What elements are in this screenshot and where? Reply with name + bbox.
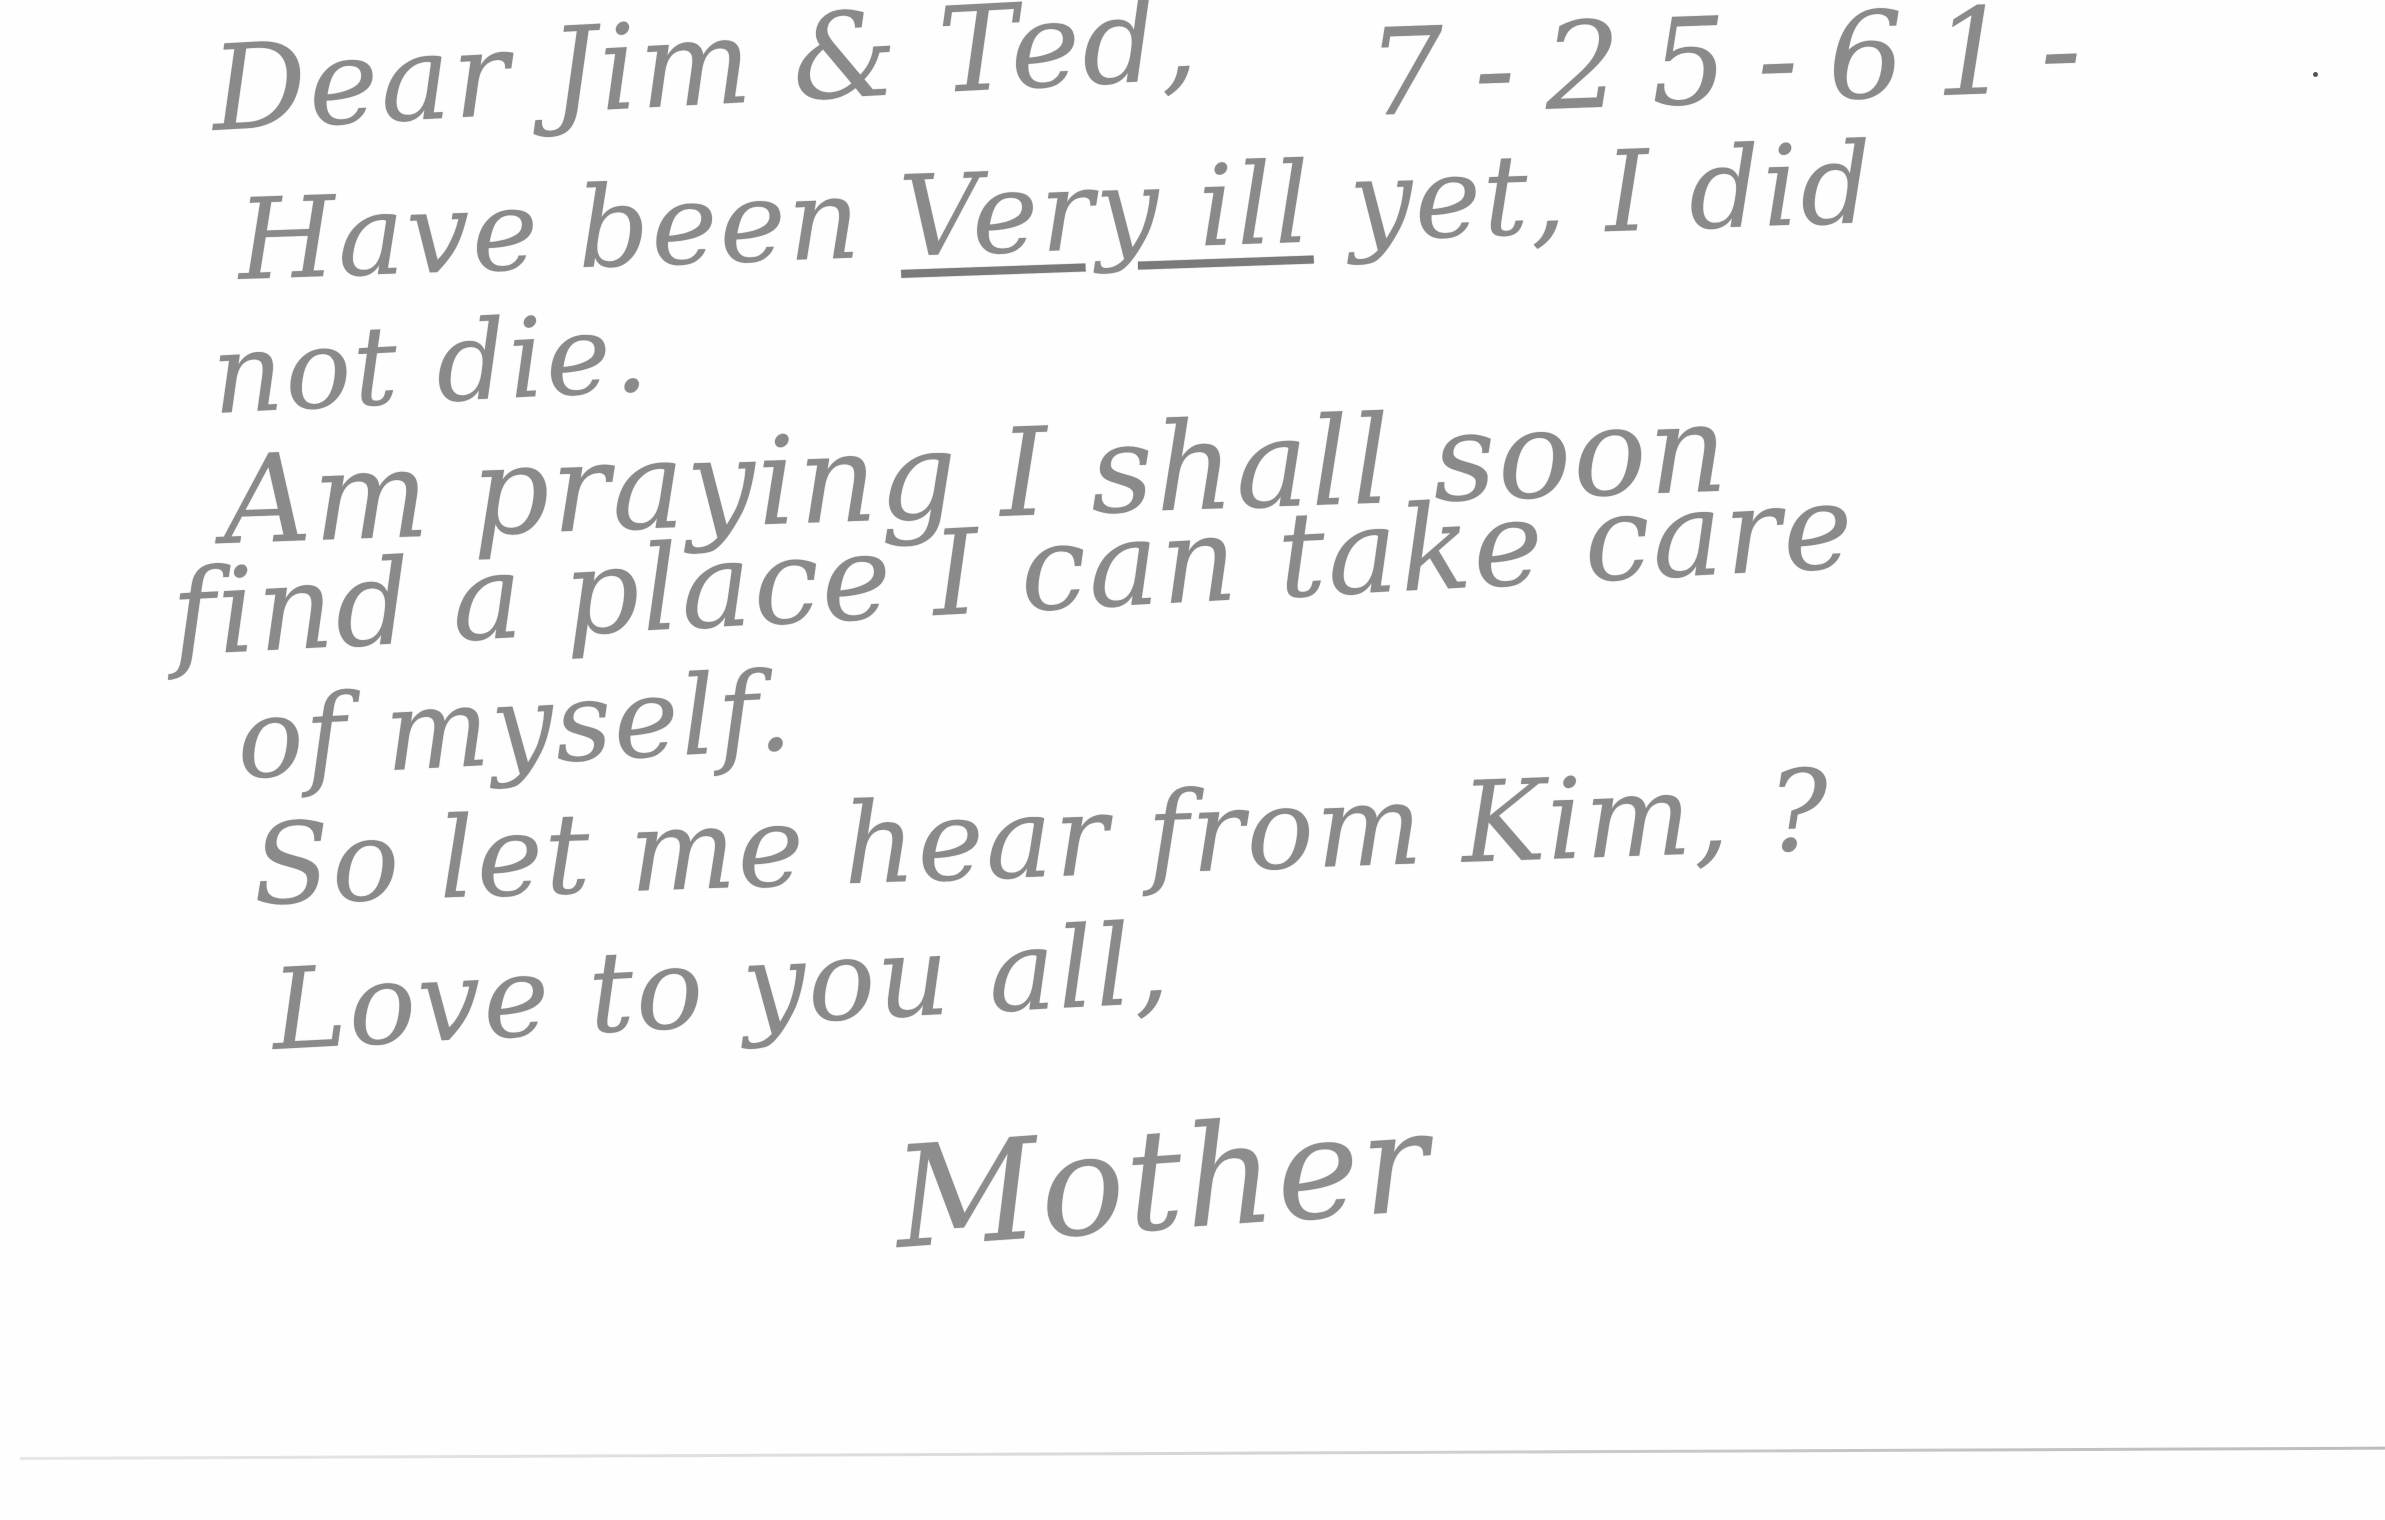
body-line-1-start: Have been [236,153,902,306]
body-line-2: not die. [209,297,652,430]
body-line-7: Love to you all, [269,908,1173,1067]
body-line-1-end: yet, I did [1309,119,1876,269]
paper-edge-line [20,1447,2385,1460]
body-line-1: Have been Very ill yet, I did [236,128,1876,297]
emphasis-very-ill: Very ill [897,139,1314,283]
pencil-speck [2313,72,2318,77]
salutation: Dear Jim & Ted, [209,0,1202,148]
note-paper: Dear Jim & Ted, 7-25-61- Have been Very … [0,0,2385,1520]
date: 7-25-61- [1366,0,2113,135]
body-line-5: of myself. [234,656,796,795]
signature: Mother [890,1093,1434,1270]
